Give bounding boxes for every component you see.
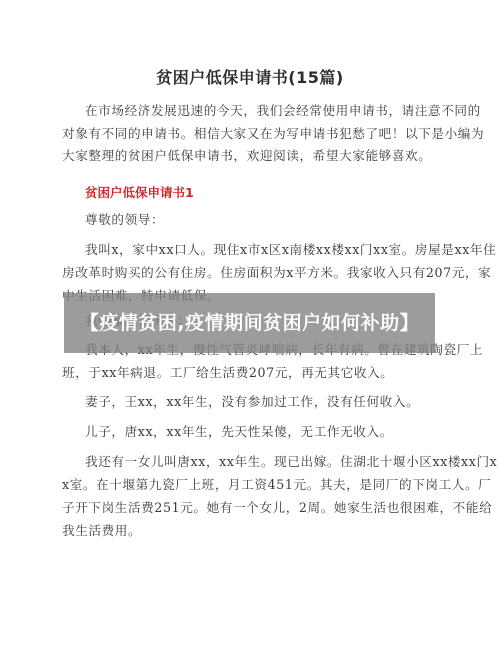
paragraph-line: 我生活费用。 [62,523,439,539]
section-heading: 贫困户低保申请书1 [85,185,194,201]
banner-title-text: 【疫情贫困,疫情期间贫困户如何补助】 [70,311,430,336]
intro-line: 对象有不同的申请书。相信大家又在为写申请书犯愁了吧！以下是小编为 [62,126,439,142]
paragraph-line: 我叫x，家中xx口人。现住x市x区x南楼xx楼xx门xx室。房屋是xx年住 [85,242,439,258]
salutation: 尊敬的领导： [85,212,439,228]
paragraph-line: 班，于xx年病退。工厂给生活费207元，再无其它收入。 [62,365,439,381]
document-page: 贫困户低保申请书(15篇) 在市场经济发展迅速的今天，我们会经常使用申请书，请注… [0,0,500,647]
document-title: 贫困户低保申请书(15篇) [0,66,500,90]
paragraph-son: 儿子，唐xx，xx年生，先天性呆傻，无工作无收入。 [85,424,439,440]
overlay-title-banner[interactable]: 【疫情贫困,疫情期间贫困户如何补助】 [64,293,435,353]
paragraph-line: 我还有一女儿叫唐xx，xx年生。现已出嫁。住湖北十堰小区xx楼xx门x [85,454,439,470]
paragraph-wife: 妻子，王xx，xx年生，没有参加过工作，没有任何收入。 [85,394,439,410]
paragraph-line: x室。在十堰第九瓷厂上班，月工资451元。其夫，是同厂的下岗工人。厂 [62,477,439,493]
paragraph-line: 子开下岗生活费251元。她有一个女儿，2周。她家生活也很困难，不能给 [62,500,439,516]
intro-line: 在市场经济发展迅速的今天，我们会经常使用申请书，请注意不同的 [85,103,439,119]
intro-line: 大家整理的贫困户低保申请书，欢迎阅读，希望大家能够喜欢。 [62,148,439,164]
paragraph-line: 房改革时购买的公有住房。住房面积为x平方米。我家收入只有207元，家 [62,265,439,281]
